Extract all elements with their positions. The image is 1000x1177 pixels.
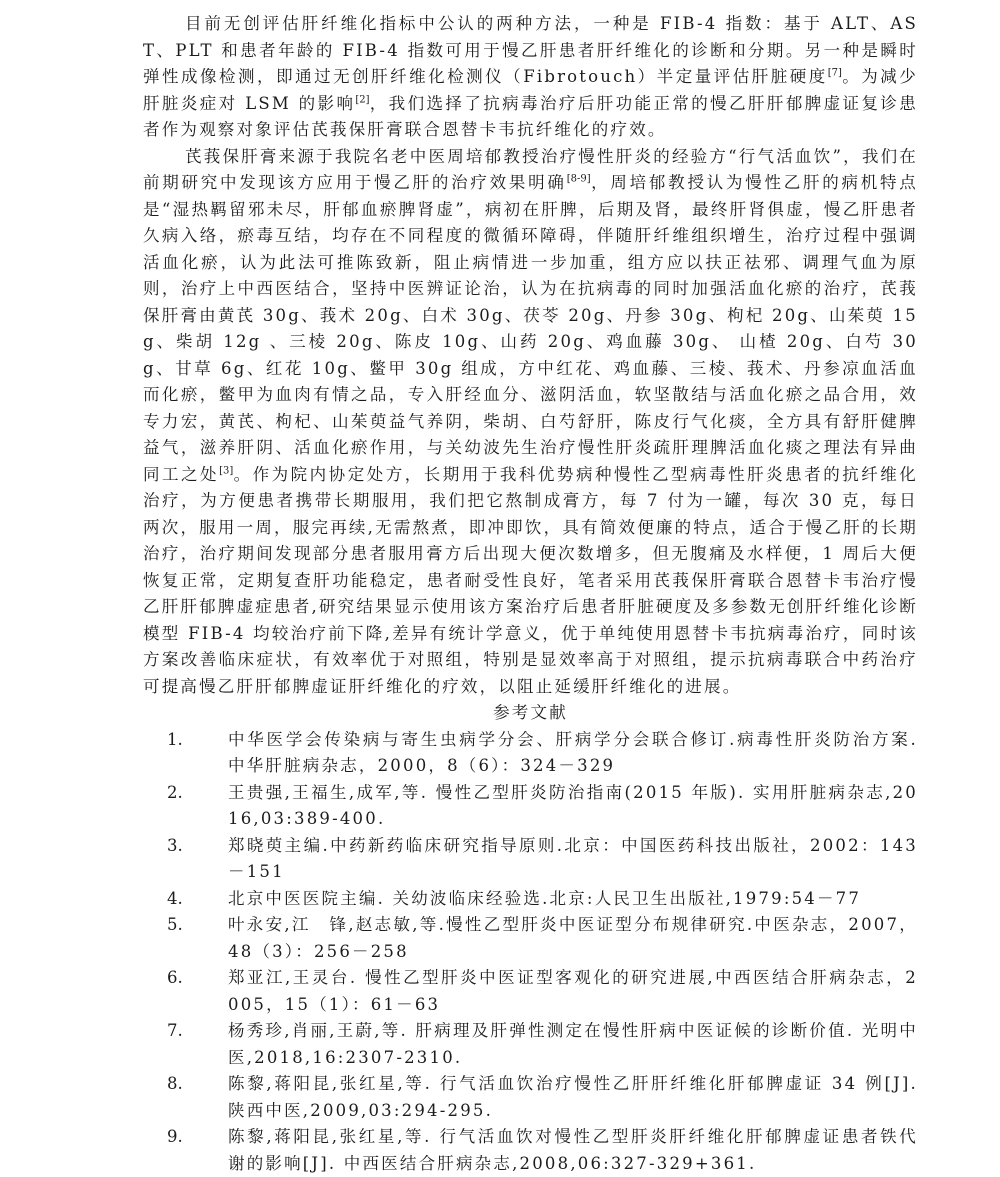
reference-text: 郑晓萸主编.中药新药临床研究指导原则.北京：中国医药科技出版社，2002：143… bbox=[228, 833, 918, 886]
paragraph-text: 。作为院内协定处方，长期用于我科优势病种慢性乙型病毒性肝炎患者的抗纤维化治疗，为… bbox=[143, 465, 918, 696]
reference-item-1: 1.中华医学会传染病与寄生虫病学分会、肝病学分会联合修订.病毒性肝炎防治方案. … bbox=[143, 727, 918, 780]
reference-number: 3. bbox=[143, 833, 228, 886]
reference-number: 8. bbox=[143, 1071, 228, 1124]
paragraph-text: 目前无创评估肝纤维化指标中公认的两种方法，一种是 FIB-4 指数：基于 ALT… bbox=[143, 14, 918, 86]
reference-number: 5. bbox=[143, 912, 228, 965]
document-page: 目前无创评估肝纤维化指标中公认的两种方法，一种是 FIB-4 指数：基于 ALT… bbox=[0, 0, 1000, 1177]
reference-item-3: 3.郑晓萸主编.中药新药临床研究指导原则.北京：中国医药科技出版社，2002：1… bbox=[143, 833, 918, 886]
reference-item-7: 7.杨秀珍,肖丽,王蔚,等. 肝病理及肝弹性测定在慢性肝病中医证候的诊断价值. … bbox=[143, 1018, 918, 1071]
body-paragraph-2: 芪莪保肝膏来源于我院名老中医周培郁教授治疗慢性肝炎的经验方“行气活血饮”，我们在… bbox=[143, 144, 918, 701]
reference-text: 北京中医医院主编. 关幼波临床经验选.北京:人民卫生出版社,1979:54－77 bbox=[228, 886, 918, 913]
citation-superscript: [2] bbox=[355, 94, 369, 105]
reference-text: 陈黎,蒋阳昆,张红星,等. 行气活血饮治疗慢性乙肝肝纤维化肝郁脾虚证 34 例[… bbox=[228, 1071, 918, 1124]
reference-number: 1. bbox=[143, 727, 228, 780]
reference-text: 中华医学会传染病与寄生虫病学分会、肝病学分会联合修订.病毒性肝炎防治方案. 中华… bbox=[228, 727, 918, 780]
reference-number: 4. bbox=[143, 886, 228, 913]
citation-superscript: [3] bbox=[219, 465, 233, 476]
reference-text: 叶永安,江 锋,赵志敏,等.慢性乙型肝炎中医证型分布规律研究.中医杂志，2007… bbox=[228, 912, 918, 965]
reference-text: 郑亚江,王灵台. 慢性乙型肝炎中医证型客观化的研究进展,中西医结合肝病杂志，20… bbox=[228, 965, 918, 1018]
reference-text: 杨秀珍,肖丽,王蔚,等. 肝病理及肝弹性测定在慢性肝病中医证候的诊断价值. 光明… bbox=[228, 1018, 918, 1071]
reference-number: 7. bbox=[143, 1018, 228, 1071]
article-body: 目前无创评估肝纤维化指标中公认的两种方法，一种是 FIB-4 指数：基于 ALT… bbox=[143, 11, 918, 700]
body-paragraph-1: 目前无创评估肝纤维化指标中公认的两种方法，一种是 FIB-4 指数：基于 ALT… bbox=[143, 11, 918, 144]
reference-text: 王贵强,王福生,成军,等. 慢性乙型肝炎防治指南(2015 年版). 实用肝脏病… bbox=[228, 780, 918, 833]
reference-item-2: 2.王贵强,王福生,成军,等. 慢性乙型肝炎防治指南(2015 年版). 实用肝… bbox=[143, 780, 918, 833]
reference-number: 6. bbox=[143, 965, 228, 1018]
citation-superscript: [8-9] bbox=[567, 174, 591, 185]
reference-item-8: 8.陈黎,蒋阳昆,张红星,等. 行气活血饮治疗慢性乙肝肝纤维化肝郁脾虚证 34 … bbox=[143, 1071, 918, 1124]
reference-item-5: 5.叶永安,江 锋,赵志敏,等.慢性乙型肝炎中医证型分布规律研究.中医杂志，20… bbox=[143, 912, 918, 965]
references-list: 1.中华医学会传染病与寄生虫病学分会、肝病学分会联合修订.病毒性肝炎防治方案. … bbox=[143, 727, 918, 1177]
reference-item-9: 9.陈黎,蒋阳昆,张红星,等. 行气活血饮对慢性乙型肝炎肝纤维化肝郁脾虚证患者铁… bbox=[143, 1124, 918, 1177]
citation-superscript: [7] bbox=[828, 68, 842, 79]
reference-number: 9. bbox=[143, 1124, 228, 1177]
paragraph-text: ，周培郁教授认为慢性乙肝的病机特点是“湿热羁留邪未尽，肝郁血瘀脾肾虚”，病初在肝… bbox=[143, 173, 918, 484]
reference-item-6: 6.郑亚江,王灵台. 慢性乙型肝炎中医证型客观化的研究进展,中西医结合肝病杂志，… bbox=[143, 965, 918, 1018]
references-heading: 参考文献 bbox=[143, 700, 918, 727]
reference-item-4: 4.北京中医医院主编. 关幼波临床经验选.北京:人民卫生出版社,1979:54－… bbox=[143, 886, 918, 913]
reference-text: 陈黎,蒋阳昆,张红星,等. 行气活血饮对慢性乙型肝炎肝纤维化肝郁脾虚证患者铁代谢… bbox=[228, 1124, 918, 1177]
reference-number: 2. bbox=[143, 780, 228, 833]
